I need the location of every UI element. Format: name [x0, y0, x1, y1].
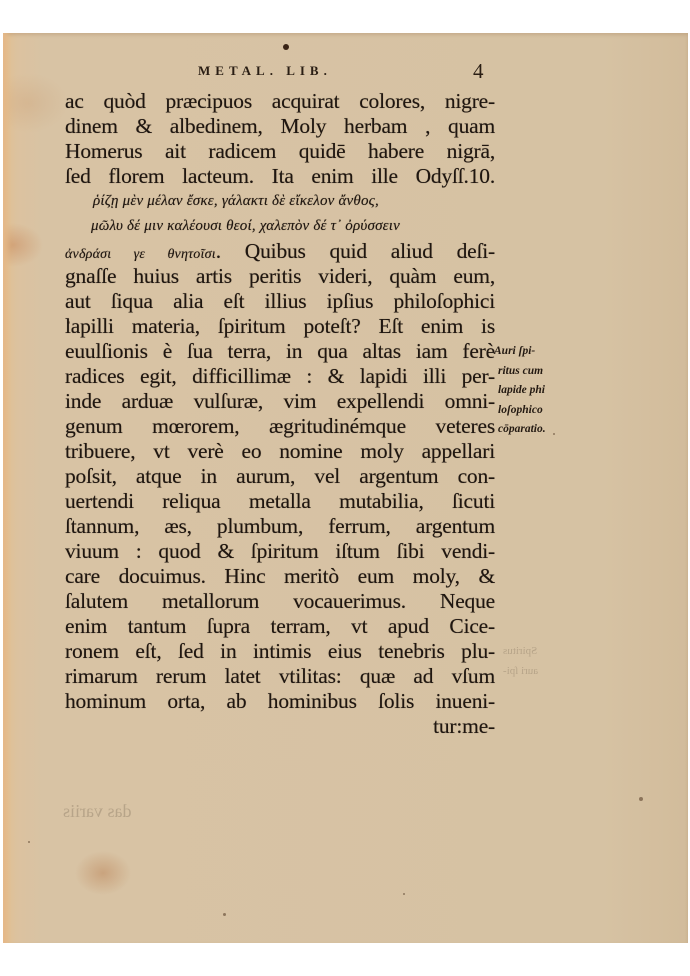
- text-line: Homerus ait radicem quidē habere nigrā,: [65, 139, 495, 164]
- margin-note-line: cōparatio.: [494, 420, 574, 440]
- text-line: tribuere, vt verè eo nomine moly appella…: [65, 439, 495, 464]
- text-line: enim tantum ſupra terram, vt apud Cice-: [65, 614, 495, 639]
- text-line: ſtannum, æs, plumbum, ferrum, argentum: [65, 514, 495, 539]
- running-head: METAL. LIB.: [198, 63, 332, 79]
- greek-verse-line: ῥίζῃ μὲν μέλαν ἔσκε, γάλακτι δὲ εἴκελον …: [65, 189, 495, 214]
- page-edge: [3, 33, 11, 943]
- text-line: ronem eſt, ſed in intimis eius tenebris …: [65, 639, 495, 664]
- text-line: gnaſſe huius artis peritis videri, quàm …: [65, 264, 495, 289]
- paper-speck: [639, 797, 643, 801]
- show-through-text: Spiritus: [503, 645, 537, 657]
- text-line: inde arduæ vulſuræ, vim expellendi omni-: [65, 389, 495, 414]
- greek-verse-line: μῶλυ δέ μιν καλέουσι θεοί, χαλεπὸν δέ τ᾽…: [65, 214, 495, 239]
- text-line: radices egit, difficillimæ : & lapidi il…: [65, 364, 495, 389]
- text-line: aut ſiqua alia eſt illius ipſius philoſo…: [65, 289, 495, 314]
- margin-note-line: Auri ſpi-: [494, 342, 574, 362]
- text-line: genum mœrorem, ægritudinémque veteres: [65, 414, 495, 439]
- text-line: poſsit, atque in aurum, vel argentum con…: [65, 464, 495, 489]
- paper-speck: [223, 913, 226, 916]
- show-through-text: auri ſpi-: [503, 665, 538, 677]
- ink-blot: [283, 44, 289, 50]
- greek-inline-text: ἀνδράσι γε θνητοῖσι: [65, 247, 216, 262]
- text-line: dinem & albedinem, Moly herbam , quam: [65, 114, 495, 139]
- text-line: viuum : quod & ſpiritum iſtum ſibi vendi…: [65, 539, 495, 564]
- text-line: uertendi reliqua metalla mutabilia, ſicu…: [65, 489, 495, 514]
- page-number: 4: [473, 59, 484, 84]
- text-line: lapilli materia, ſpiritum poteſt? Eſt en…: [65, 314, 495, 339]
- text-line: euulſionis è ſua terra, in qua altas iam…: [65, 339, 495, 364]
- margin-note: Auri ſpi- ritus cum lapide phi loſophico…: [494, 342, 574, 440]
- text-line: care docuimus. Hinc meritò eum moly, &: [65, 564, 495, 589]
- book-page: das variis Spiritus auri ſpi- METAL. LIB…: [3, 33, 688, 943]
- text-line-mixed: ἀνδράσι γε θνητοῖσι. Quibus quid aliud d…: [65, 239, 495, 264]
- text-line: hominum orta, ab hominibus ſolis inueni-: [65, 689, 495, 714]
- show-through-text: das variis: [63, 801, 131, 822]
- text-line: ſed florem lacteum. Ita enim ille Odyſſ.…: [65, 164, 495, 189]
- catchword-line: tur:me-: [65, 714, 495, 739]
- latin-inline-text: . Quibus quid aliud deſi-: [216, 239, 495, 263]
- text-line: ſalutem metallorum vocauerimus. Neque: [65, 589, 495, 614]
- margin-note-line: lapide phi: [494, 381, 574, 401]
- text-line: rimarum rerum latet vtilitas: quæ ad vſu…: [65, 664, 495, 689]
- margin-note-line: ritus cum: [494, 362, 574, 382]
- paper-speck: [28, 841, 30, 843]
- paper-speck: [403, 893, 405, 895]
- main-text-block: ac quòd præcipuos acquirat colores, nigr…: [65, 89, 495, 739]
- text-line: ac quòd præcipuos acquirat colores, nigr…: [65, 89, 495, 114]
- margin-note-line: loſophico: [494, 401, 574, 421]
